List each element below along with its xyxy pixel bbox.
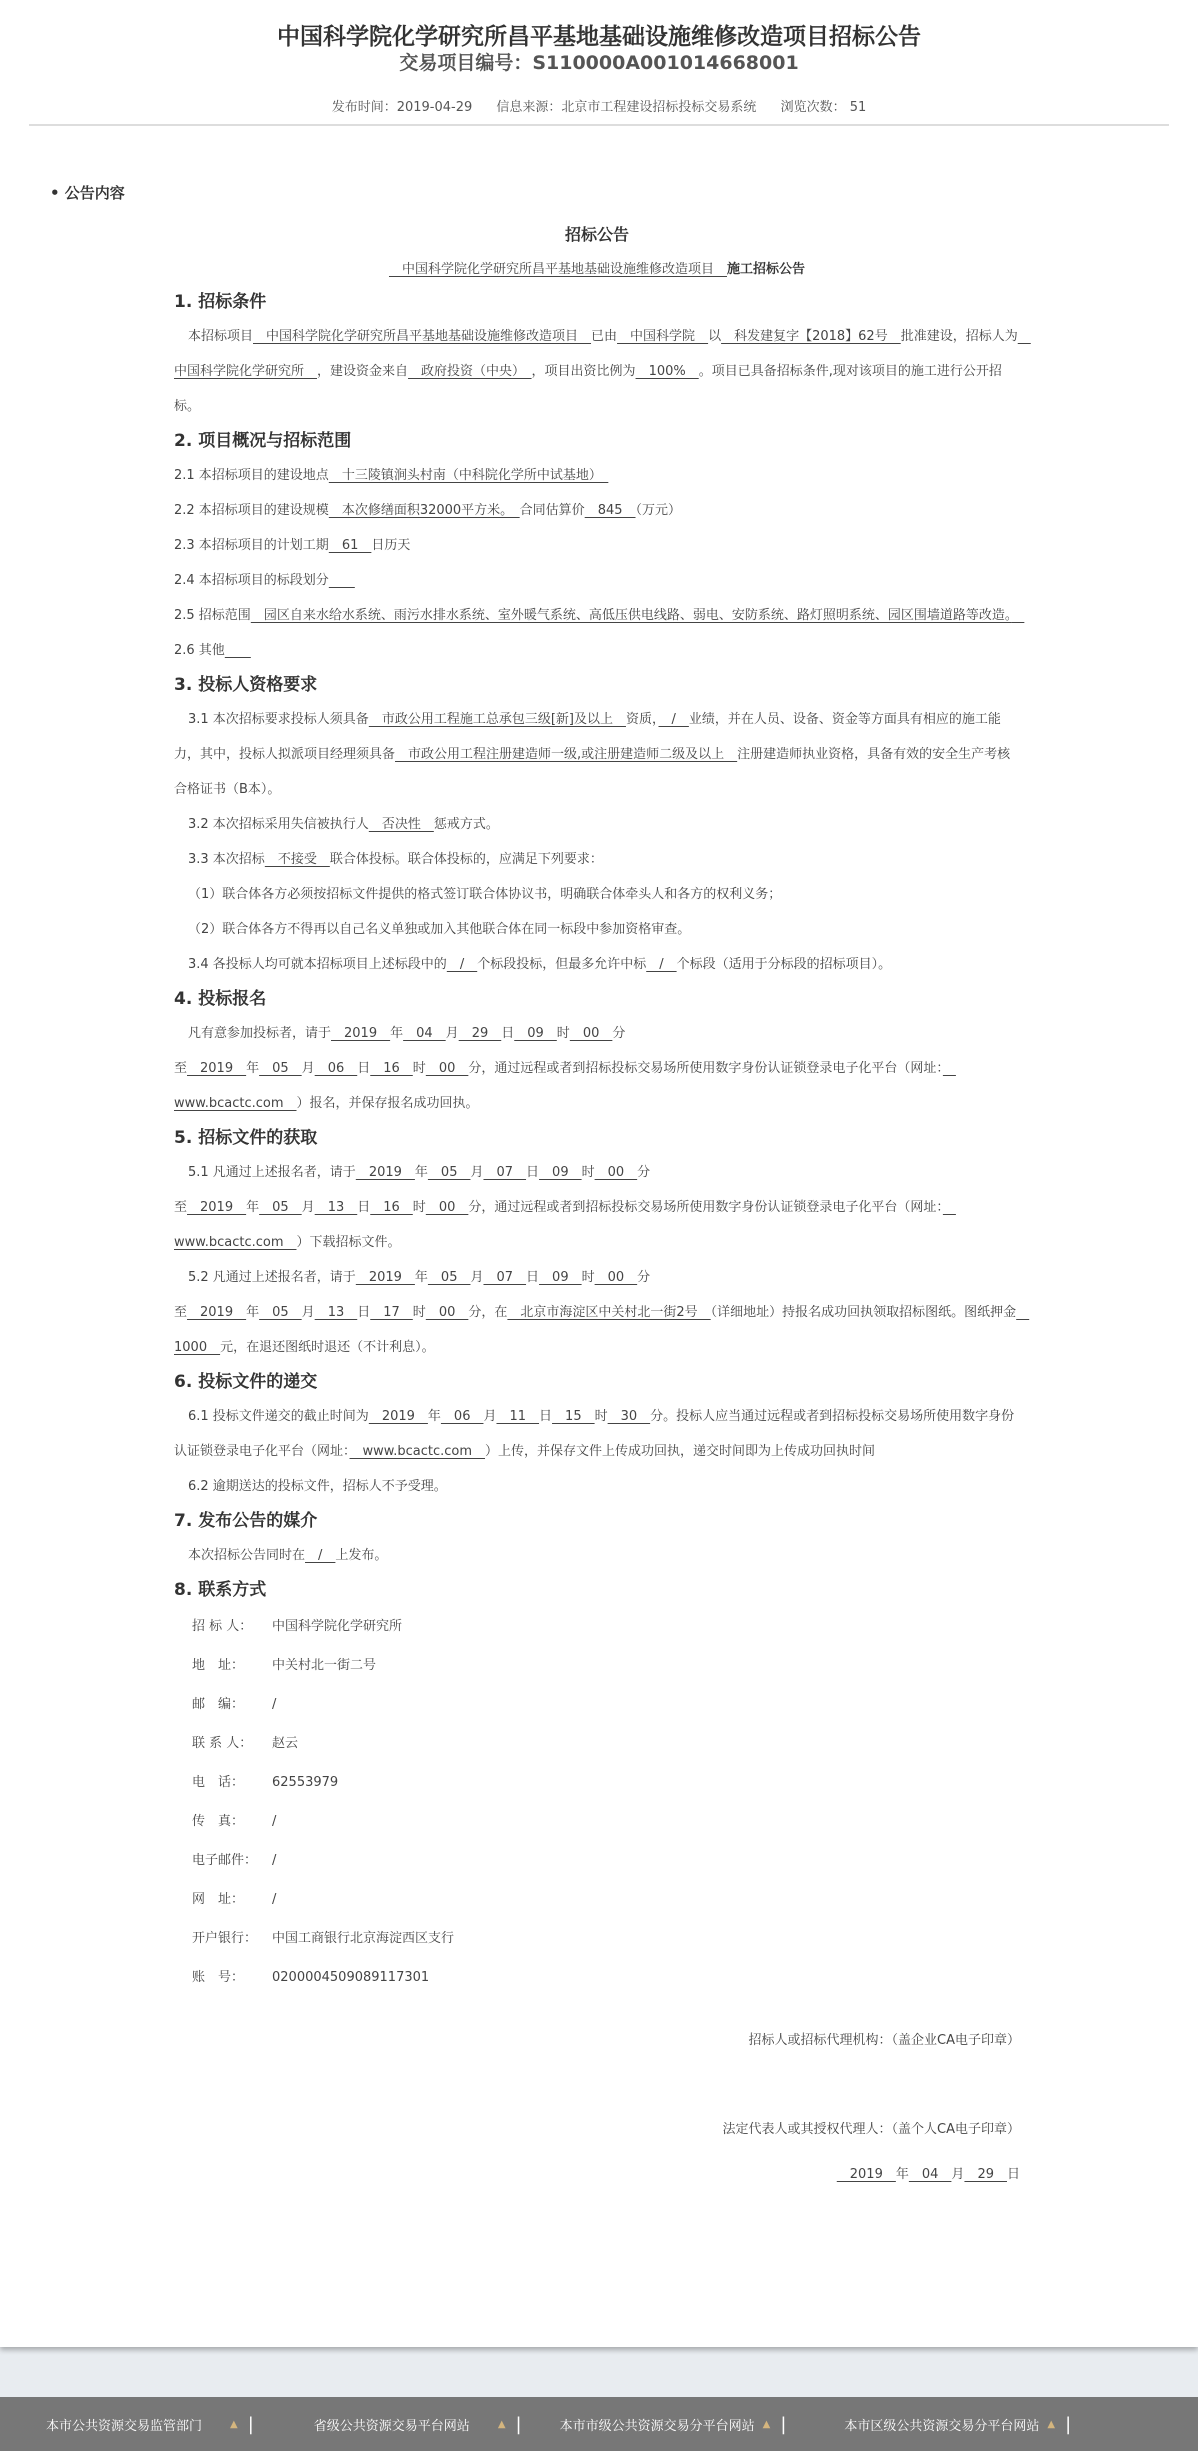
sign-agency: 招标人或招标代理机构：（盖企业CA电子印章）	[174, 2023, 1020, 2058]
project-number-label: 交易项目编号：	[399, 52, 532, 74]
contact-row: 网 址：/	[192, 1880, 1020, 1919]
contact-row: 邮 编：/	[192, 1685, 1020, 1724]
separator: |	[248, 2414, 254, 2435]
s2-scope: 2.5 招标范围 园区自来水给水系统、雨污水排水系统、室外暖气系统、高低压供电线…	[174, 598, 1020, 633]
page-title: 中国科学院化学研究所昌平基地基础设施维修改造项目招标公告	[0, 18, 1198, 51]
separator: |	[780, 2414, 786, 2435]
publish-time: 发布时间：2019-04-29	[332, 100, 473, 115]
separator: |	[1065, 2414, 1071, 2435]
contact-row: 传 真：/	[192, 1802, 1020, 1841]
contact-row: 联 系 人：赵云	[192, 1724, 1020, 1763]
s2-location: 2.1 本招标项目的建设地点 十三陵镇涧头村南（中科院化学所中试基地）	[174, 458, 1020, 493]
project-number: 交易项目编号：S110000A001014668001	[0, 48, 1198, 75]
contact-list: 招 标 人：中国科学院化学研究所 地 址：中关村北一街二号 邮 编：/ 联 系 …	[192, 1607, 1020, 1997]
s3-p4: 3.4 各投标人均可就本招标项目上述标段中的 / 个标段投标，但最多允许中标 /…	[174, 947, 1020, 982]
s5-p1-to: 至 2019 年 05 月 13 日 16 时 00 分，通过远程或者到招标投标…	[174, 1190, 1020, 1260]
triangle-up-icon[interactable]: ▲	[498, 2419, 506, 2430]
heading-s1: 1. 招标条件	[174, 285, 1020, 319]
s3-p3: 3.3 本次招标 不接受 联合体投标。联合体投标的，应满足下列要求：	[174, 842, 1020, 877]
triangle-up-icon[interactable]: ▲	[230, 2419, 238, 2430]
footer-bar: 本市公共资源交易监管部门 ▲ | 省级公共资源交易平台网站 ▲ | 本市市级公共…	[0, 2397, 1198, 2451]
sign-legal: 法定代表人或其授权代理人：（盖个人CA电子印章）	[174, 2112, 1020, 2147]
meta-line: 发布时间：2019-04-29 信息来源：北京市工程建设招标投标交易系统 浏览次…	[0, 96, 1198, 115]
s1-paragraph: 本招标项目 中国科学院化学研究所昌平基地基础设施维修改造项目 已由 中国科学院 …	[174, 319, 1020, 424]
contact-row: 地 址：中关村北一街二号	[192, 1646, 1020, 1685]
heading-s3: 3. 投标人资格要求	[174, 668, 1020, 702]
heading-s4: 4. 投标报名	[174, 982, 1020, 1016]
announcement-body: 招标公告 中国科学院化学研究所昌平基地基础设施维修改造项目 施工招标公告 1. …	[174, 218, 1020, 2192]
subtitle-suffix: 施工招标公告	[727, 262, 805, 277]
s3-p1: 3.1 本次招标要求投标人须具备 市政公用工程施工总承包三级[新]及以上 资质，…	[174, 702, 1020, 807]
s2-sections: 2.4 本招标项目的标段划分	[174, 563, 1020, 598]
s6-p1: 6.1 投标文件递交的截止时间为 2019 年 06 月 11 日 15 时 3…	[174, 1399, 1020, 1469]
s5-p2-to: 至 2019 年 05 月 13 日 17 时 00 分，在 北京市海淀区中关村…	[174, 1295, 1020, 1365]
footer-link-supervision[interactable]: 本市公共资源交易监管部门 ▲ |	[46, 2414, 254, 2435]
upload-url-link[interactable]: www.bcactc.com	[350, 1444, 486, 1459]
triangle-up-icon[interactable]: ▲	[1047, 2419, 1055, 2430]
s5-p2-from: 5.2 凡通过上述报名者，请于 2019 年 05 月 07 日 09 时 00…	[174, 1260, 1020, 1295]
s7-p: 本次招标公告同时在 / 上发布。	[174, 1538, 1020, 1573]
heading-s7: 7. 发布公告的媒介	[174, 1504, 1020, 1538]
s2-scale: 2.2 本招标项目的建设规模 本次修缮面积32000平方米。 合同估算价 845…	[174, 493, 1020, 528]
heading-s5: 5. 招标文件的获取	[174, 1121, 1020, 1155]
s2-duration: 2.3 本招标项目的计划工期 61 日历天	[174, 528, 1020, 563]
doc-subtitle: 中国科学院化学研究所昌平基地基础设施维修改造项目 施工招标公告	[174, 255, 1020, 285]
footer-link-provincial[interactable]: 省级公共资源交易平台网站 ▲ |	[314, 2414, 522, 2435]
heading-s2: 2. 项目概况与招标范围	[174, 424, 1020, 458]
s3-item-2: （2）联合体各方不得再以自己名义单独或加入其他联合体在同一标段中参加资格审查。	[174, 912, 1020, 947]
contact-row: 账 号：0200004509089117301	[192, 1958, 1020, 1997]
doc-title: 招标公告	[174, 220, 1020, 250]
contact-row: 电 话：62553979	[192, 1763, 1020, 1802]
footer-link-city-level[interactable]: 本市市级公共资源交易分平台网站 ▲ |	[560, 2414, 787, 2435]
info-source: 信息来源：北京市工程建设招标投标交易系统	[496, 100, 756, 115]
s4-from: 凡有意参加投标者，请于 2019 年 04 月 29 日 09 时 00 分	[174, 1016, 1020, 1051]
s3-p2: 3.2 本次招标采用失信被执行人 否决性 惩戒方式。	[174, 807, 1020, 842]
project-number-value: S110000A001014668001	[532, 52, 798, 74]
s6-p2: 6.2 逾期送达的投标文件，招标人不予受理。	[174, 1469, 1020, 1504]
sign-date: 2019 年 04 月 29 日	[174, 2157, 1020, 2192]
contact-row: 招 标 人：中国科学院化学研究所	[192, 1607, 1020, 1646]
subtitle-project: 中国科学院化学研究所昌平基地基础设施维修改造项目	[389, 262, 727, 277]
s2-other: 2.6 其他	[174, 633, 1020, 668]
separator: |	[516, 2414, 522, 2435]
section-label: • 公告内容	[50, 182, 125, 203]
footer-link-district-level[interactable]: 本市区级公共资源交易分平台网站 ▲ |	[844, 2414, 1071, 2435]
s3-item-1: （1）联合体各方必须按招标文件提供的格式签订联合体协议书，明确联合体牵头人和各方…	[174, 877, 1020, 912]
s4-to: 至 2019 年 05 月 06 日 16 时 00 分，通过远程或者到招标投标…	[174, 1051, 1020, 1121]
header-divider	[29, 124, 1169, 126]
view-count: 浏览次数： 51	[781, 100, 867, 115]
heading-s8: 8. 联系方式	[174, 1573, 1020, 1607]
s5-p1-from: 5.1 凡通过上述报名者，请于 2019 年 05 月 07 日 09 时 00…	[174, 1155, 1020, 1190]
contact-row: 电子邮件：/	[192, 1841, 1020, 1880]
triangle-up-icon[interactable]: ▲	[763, 2419, 771, 2430]
heading-s6: 6. 投标文件的递交	[174, 1365, 1020, 1399]
page-panel: 中国科学院化学研究所昌平基地基础设施维修改造项目招标公告 交易项目编号：S110…	[0, 0, 1198, 2347]
contact-row: 开户银行：中国工商银行北京海淀西区支行	[192, 1919, 1020, 1958]
